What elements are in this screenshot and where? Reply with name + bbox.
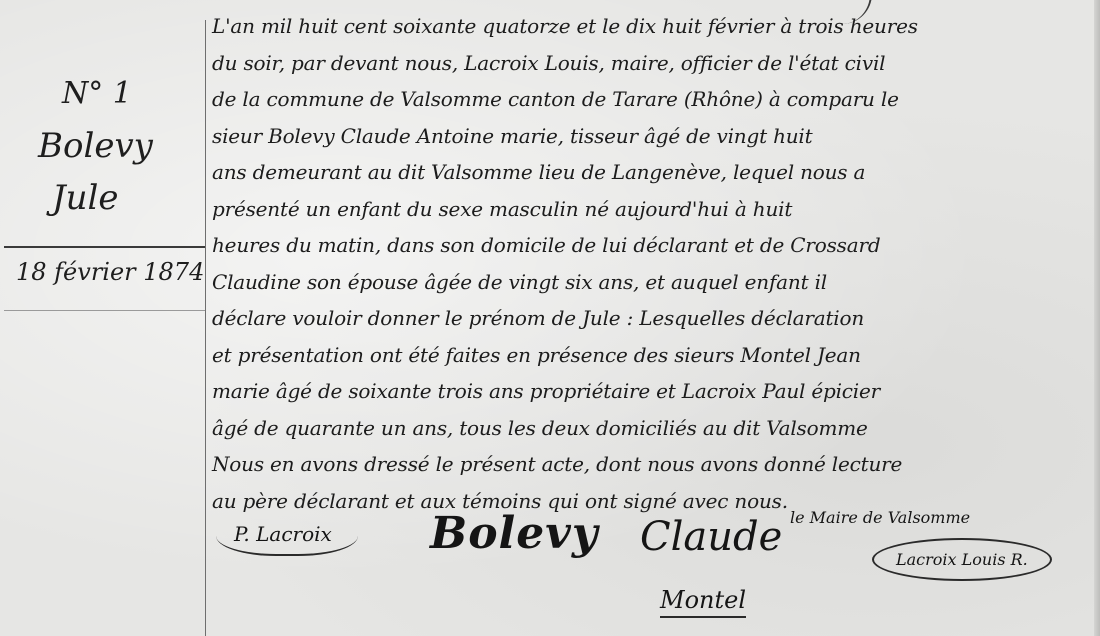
record-body: L'an mil huit cent soixante quatorze et … xyxy=(212,8,1090,519)
record-line: Claudine son épouse âgée de vingt six an… xyxy=(212,264,1090,301)
margin-given-name: Jule xyxy=(52,178,119,218)
margin-surname: Bolevy xyxy=(38,126,153,166)
signature-declarant-given: Claude xyxy=(640,514,782,560)
record-line: du soir, par devant nous, Lacroix Louis,… xyxy=(212,45,1090,82)
document-page: N° 1 Bolevy Jule 18 février 1874 L'an mi… xyxy=(0,0,1100,636)
record-line: marie âgé de soixante trois ans propriét… xyxy=(212,373,1090,410)
mayor-title: le Maire de Valsomme xyxy=(790,508,970,527)
record-line: ans demeurant au dit Valsomme lieu de La… xyxy=(212,154,1090,191)
record-line: Nous en avons dressé le présent acte, do… xyxy=(212,446,1090,483)
margin-column: N° 1 Bolevy Jule 18 février 1874 xyxy=(0,0,206,636)
entry-number: N° 1 xyxy=(62,76,132,111)
record-line: heures du matin, dans son domicile de lu… xyxy=(212,227,1090,264)
margin-rule xyxy=(205,20,206,636)
signature-witness-lacroix: P. Lacroix xyxy=(216,518,358,556)
record-line: et présentation ont été faites en présen… xyxy=(212,337,1090,374)
record-line: de la commune de Valsomme canton de Tara… xyxy=(212,81,1090,118)
margin-faint-rule xyxy=(4,310,206,311)
signature-mayor: Lacroix Louis R. xyxy=(872,538,1052,581)
record-line: présenté un enfant du sexe masculin né a… xyxy=(212,191,1090,228)
record-line: âgé de quarante un ans, tous les deux do… xyxy=(212,410,1090,447)
signature-witness-montel: Montel xyxy=(660,586,746,618)
margin-divider xyxy=(4,246,206,248)
page-edge xyxy=(1094,0,1100,636)
record-line: L'an mil huit cent soixante quatorze et … xyxy=(212,8,1090,45)
margin-date: 18 février 1874 xyxy=(16,258,204,286)
signature-declarant-surname: Bolevy xyxy=(430,508,598,559)
record-line: sieur Bolevy Claude Antoine marie, tisse… xyxy=(212,118,1090,155)
record-line: déclare vouloir donner le prénom de Jule… xyxy=(212,300,1090,337)
